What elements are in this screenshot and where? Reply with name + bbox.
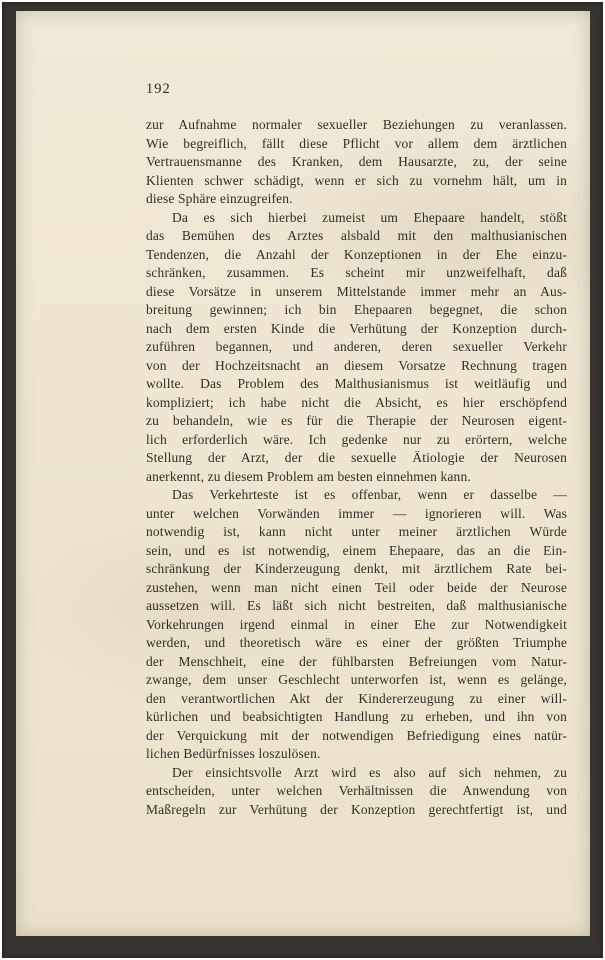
text-line: das Bemühen des Arztes alsbald mit den m…: [146, 227, 567, 246]
text-line: den verantwortlichen Akt der Kindererzeu…: [146, 690, 567, 709]
text-line: Maßregeln zur Verhütung der Konzeption g…: [146, 801, 567, 820]
body-text: zur Aufnahme normaler sexueller Beziehun…: [146, 116, 567, 819]
text-line: zur Aufnahme normaler sexueller Beziehun…: [146, 116, 567, 135]
text-line: Der einsichtsvolle Arzt wird es also auf…: [146, 764, 567, 783]
text-line: lich erforderlich wäre. Ich gedenke nur …: [146, 431, 567, 450]
text-line: nach dem ersten Kinde die Verhütung der …: [146, 320, 567, 339]
text-line: zustehen, wenn man nicht einen Teil oder…: [146, 579, 567, 598]
text-line: schränken, zusammen. Es scheint mir unzw…: [146, 264, 567, 283]
text-line: sein, und es ist notwendig, einem Ehepaa…: [146, 542, 567, 561]
text-line: schränkung der Kinderzeugung denkt, mit …: [146, 560, 567, 579]
text-line: zwange, dem unser Geschlecht unterworfen…: [146, 671, 567, 690]
text-line: lichen Bedürfnisses loszulösen.: [146, 745, 567, 764]
text-line: entscheiden, unter welchen Verhältnissen…: [146, 782, 567, 801]
text-line: Vorkehrungen irgend einmal in einer Ehe …: [146, 616, 567, 635]
text-line: von der Hochzeitsnacht an diesem Vorsatz…: [146, 357, 567, 376]
text-line: breitung gewinnen; ich bin Ehepaaren beg…: [146, 301, 567, 320]
text-line: Klienten schwer schädigt, wenn er sich z…: [146, 172, 567, 191]
text-line: der Menschheit, eine der fühlbarsten Bef…: [146, 653, 567, 672]
text-line: Vertrauensmanne des Kranken, dem Hausarz…: [146, 153, 567, 172]
page-number: 192: [146, 81, 171, 98]
text-line: zu behandeln, wie es für die Therapie de…: [146, 412, 567, 431]
text-line: Da es sich hierbei zumeist um Ehepaare h…: [146, 209, 567, 228]
text-line: zuführen begannen, und anderen, deren se…: [146, 338, 567, 357]
scanned-page: 192 zur Aufnahme normaler sexueller Bezi…: [0, 0, 605, 960]
text-line: kompliziert; ich habe nicht die Absicht,…: [146, 394, 567, 413]
text-line: der Verquickung mit der notwendigen Befr…: [146, 727, 567, 746]
text-line: aussetzen will. Es läßt sich nicht bestr…: [146, 597, 567, 616]
book-page: 192 zur Aufnahme normaler sexueller Bezi…: [16, 11, 590, 936]
text-line: Stellung der Arzt, der die sexuelle Ätio…: [146, 449, 567, 468]
text-line: diese Vorsätze in unserem Mittelstande i…: [146, 283, 567, 302]
text-line: Das Verkehrteste ist es offenbar, wenn e…: [146, 486, 567, 505]
text-line: kürlichen und beabsichtigten Handlung zu…: [146, 708, 567, 727]
text-line: wollte. Das Problem des Malthusianismus …: [146, 375, 567, 394]
text-line: unter welchen Vorwänden immer — ignorier…: [146, 505, 567, 524]
text-line: diese Sphäre einzugreifen.: [146, 190, 567, 209]
text-line: notwendig ist, kann nicht unter meiner ä…: [146, 523, 567, 542]
text-line: Wie begreiflich, fällt diese Pflicht vor…: [146, 135, 567, 154]
text-line: Tendenzen, die Anzahl der Konzeptionen i…: [146, 246, 567, 265]
text-line: anerkennt, zu diesem Problem am besten e…: [146, 468, 567, 487]
text-line: werden, und theoretisch wäre es einer de…: [146, 634, 567, 653]
